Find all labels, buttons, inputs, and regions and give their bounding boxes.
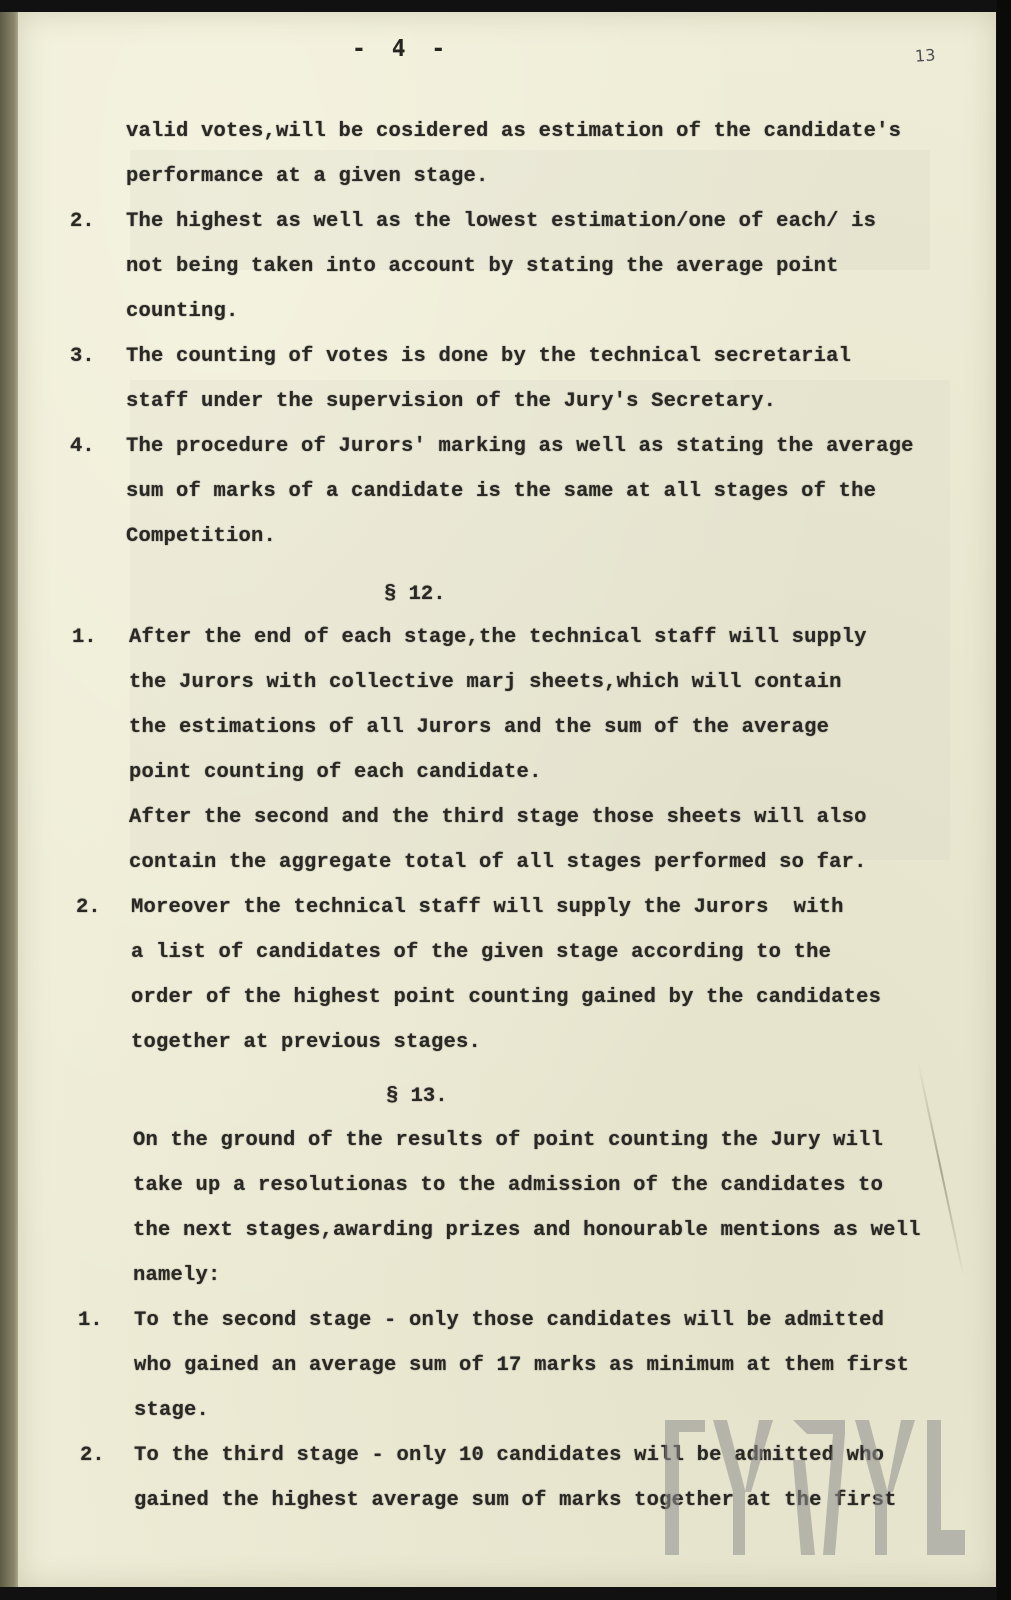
item-number: 2. — [70, 210, 95, 233]
item-number: 2. — [80, 1444, 105, 1467]
page-number: - 4 - — [352, 36, 451, 62]
text-line: order of the highest point counting gain… — [131, 986, 881, 1009]
text-line: the estimations of all Jurors and the su… — [129, 716, 829, 739]
text-line: sum of marks of a candidate is the same … — [126, 480, 876, 503]
item-number: 2. — [76, 896, 101, 919]
item-number: 4. — [70, 435, 95, 458]
text-line: On the ground of the results of point co… — [133, 1129, 883, 1152]
text-line: After the end of each stage,the technica… — [129, 626, 867, 649]
text-line: The counting of votes is done by the tec… — [126, 345, 851, 368]
text-line: not being taken into account by stating … — [126, 255, 839, 278]
item-number: 3. — [70, 345, 95, 368]
text-line: namely: — [133, 1264, 221, 1287]
text-line: point counting of each candidate. — [129, 761, 542, 784]
section-heading: § 12. — [384, 583, 446, 606]
text-line: The procedure of Jurors' marking as well… — [126, 435, 914, 458]
archive-page-number: 13 — [914, 45, 936, 65]
scanned-document: - 4 - 13 valid votes,will be cosidered a… — [0, 0, 1011, 1600]
scan-border — [997, 0, 1011, 1600]
text-line: Competition. — [126, 525, 276, 548]
text-line: take up a resolutionas to the admission … — [133, 1174, 883, 1197]
section-heading: § 13. — [386, 1085, 448, 1108]
text-line: a list of candidates of the given stage … — [131, 941, 831, 964]
text-line: After the second and the third stage tho… — [129, 806, 867, 829]
binding-shadow — [0, 12, 20, 1587]
text-line: performance at a given stage. — [126, 165, 489, 188]
text-line: counting. — [126, 300, 239, 323]
text-line: the Jurors with collective marj sheets,w… — [129, 671, 842, 694]
item-number: 1. — [72, 626, 97, 649]
text-line: staff under the supervision of the Jury'… — [126, 390, 776, 413]
text-line: together at previous stages. — [131, 1031, 481, 1054]
text-line: contain the aggregate total of all stage… — [129, 851, 867, 874]
item-number: 1. — [78, 1309, 103, 1332]
text-line: who gained an average sum of 17 marks as… — [134, 1354, 909, 1377]
text-line: To the second stage - only those candida… — [134, 1309, 884, 1332]
text-line: stage. — [134, 1399, 209, 1422]
text-line: valid votes,will be cosidered as estimat… — [126, 120, 901, 143]
cyryl-watermark-logo — [665, 1420, 965, 1555]
text-line: Moreover the technical staff will supply… — [131, 896, 844, 919]
text-line: the next stages,awarding prizes and hono… — [133, 1219, 921, 1242]
text-line: The highest as well as the lowest estima… — [126, 210, 876, 233]
